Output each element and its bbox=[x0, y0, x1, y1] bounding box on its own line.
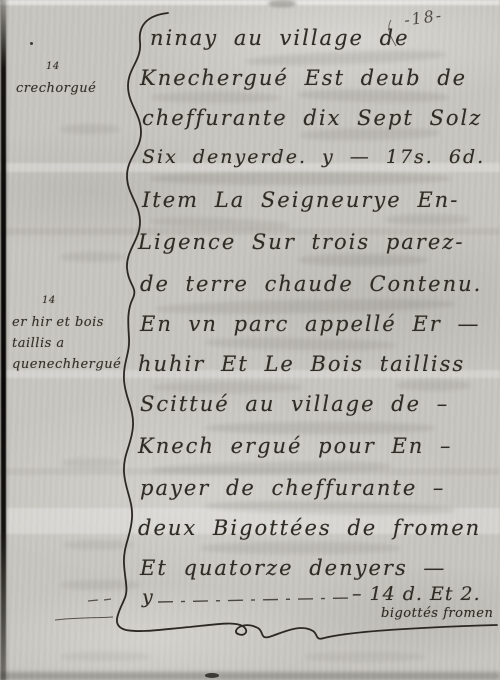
left-small-dashes bbox=[88, 599, 111, 601]
left-margin-rule-stroke bbox=[55, 617, 113, 620]
manuscript-line: de terre chaude Contenu. bbox=[140, 272, 482, 296]
margin-note-bois-taillis: 14 er hir et bois taillis a quenechhergu… bbox=[12, 290, 121, 375]
manuscript-page: -18- 14 crechorgué 14 er hir et bois tai… bbox=[0, 0, 500, 680]
bleedthrough-mark bbox=[205, 422, 435, 434]
bleedthrough-mark bbox=[150, 92, 280, 103]
ink-speck bbox=[30, 42, 33, 45]
margin-note-text: er hir et bois bbox=[12, 315, 104, 330]
bleedthrough-mark bbox=[205, 336, 395, 351]
manuscript-line: deux Bigottées de fromen bbox=[138, 516, 481, 540]
bleedthrough-mark bbox=[64, 540, 134, 550]
bleedthrough-mark bbox=[396, 380, 471, 391]
ink-speck bbox=[205, 673, 219, 678]
manuscript-line: cheffurante dix Sept Solz bbox=[142, 106, 482, 130]
bleedthrough-mark bbox=[60, 652, 150, 661]
bleedthrough-mark bbox=[305, 652, 425, 662]
margin-note-text: taillis a bbox=[12, 336, 65, 351]
bleedthrough-mark bbox=[385, 214, 470, 225]
manuscript-line: Item La Seigneurye En- bbox=[142, 188, 459, 212]
margin-note-text: quenechhergué bbox=[12, 357, 121, 372]
total-line-amount: – 14 d. Et 2. bbox=[352, 583, 481, 605]
manuscript-line: Et quatorze denyers — bbox=[140, 556, 446, 580]
margin-note-crechorgue: 14 crechorgué bbox=[16, 56, 96, 99]
manuscript-line: payer de cheffurante – bbox=[140, 476, 445, 500]
bleedthrough-mark bbox=[60, 124, 120, 134]
manuscript-line: Ligence Sur trois parez- bbox=[138, 230, 464, 254]
bleedthrough-mark bbox=[200, 542, 400, 554]
paper-highlight-band bbox=[0, 0, 500, 5]
book-binding-dark-line bbox=[1, 0, 6, 680]
margin-note-text: crechorgué bbox=[16, 81, 96, 96]
paper-shadow-band bbox=[0, 672, 500, 680]
bleedthrough-mark bbox=[268, 0, 296, 7]
manuscript-line: huhir Et Le Bois tailliss bbox=[138, 352, 465, 376]
bleedthrough-mark bbox=[60, 252, 125, 262]
manuscript-line: Knechergué Est deub de bbox=[140, 66, 467, 90]
bleedthrough-mark bbox=[60, 580, 140, 590]
bleedthrough-mark bbox=[246, 49, 446, 68]
manuscript-line: Scittué au village de – bbox=[140, 392, 449, 416]
margin-note-superscript: 14 bbox=[42, 290, 121, 311]
total-line-lead: y bbox=[142, 586, 153, 608]
bleedthrough-mark bbox=[298, 89, 448, 104]
total-line-note: bigottés fromen bbox=[381, 606, 493, 621]
total-dash-rule bbox=[158, 598, 350, 602]
manuscript-line: Six denyerde. y — 17s. 6d. — bbox=[142, 146, 500, 168]
manuscript-line: Knech ergué pour En – bbox=[138, 434, 453, 458]
manuscript-line: En vn parc appellé Er — bbox=[140, 312, 480, 336]
manuscript-line: ninay au village de bbox=[150, 26, 410, 50]
bleedthrough-mark bbox=[298, 254, 428, 266]
bleedthrough-mark bbox=[150, 172, 450, 185]
margin-note-superscript: 14 bbox=[46, 56, 96, 77]
bleedthrough-mark bbox=[62, 458, 122, 468]
